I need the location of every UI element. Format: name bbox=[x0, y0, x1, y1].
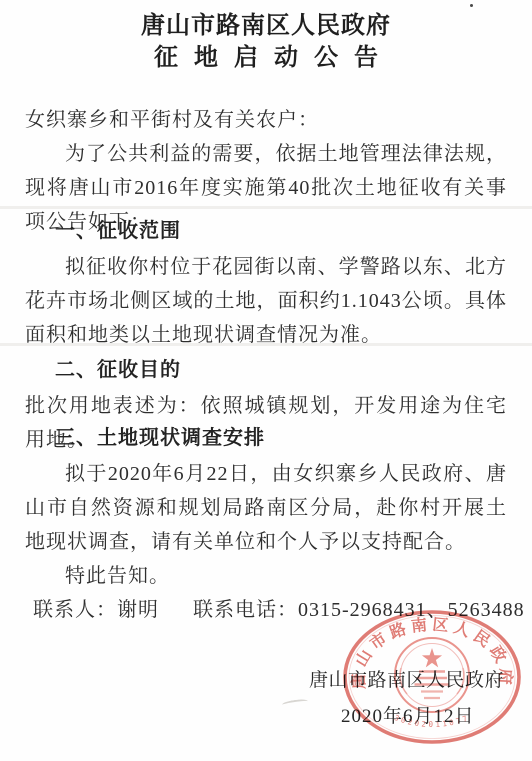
notice-title: 征地启动公告 bbox=[0, 37, 532, 72]
scanned-notice-page: 唐山市路南区人民政府 征地启动公告 女织寨乡和平街村及有关农户： 为了公共利益的… bbox=[0, 0, 532, 761]
contact-person-label: 联系人： bbox=[33, 599, 117, 621]
seal-national-emblem-icon bbox=[395, 638, 469, 712]
closing-line: 特此告知。 bbox=[25, 559, 507, 593]
section-2-heading: 二、征收目的 bbox=[25, 355, 507, 385]
section-3-body: 拟于2020年6月22日，由女织寨乡人民政府、唐山市自然资源和规划局路南区分局，… bbox=[25, 457, 507, 559]
contact-phone-label: 联系电话： bbox=[193, 599, 298, 621]
section-1-body: 拟征收你村位于花园街以南、学警路以东、北方花卉市场北侧区域的土地，面积约1.10… bbox=[25, 250, 507, 352]
section-3-heading: 三、土地现状调查安排 bbox=[25, 423, 507, 453]
scan-artifact bbox=[282, 698, 309, 708]
official-seal: 唐山市路南区人民政府 1302020110778 bbox=[337, 608, 527, 750]
issuer-title: 唐山市路南区人民政府 bbox=[0, 5, 532, 40]
section-1-heading: 一、征收范围 bbox=[25, 216, 507, 246]
salutation: 女织寨乡和平街村及有关农户： bbox=[25, 103, 507, 137]
contact-person: 谢明 bbox=[117, 599, 159, 621]
